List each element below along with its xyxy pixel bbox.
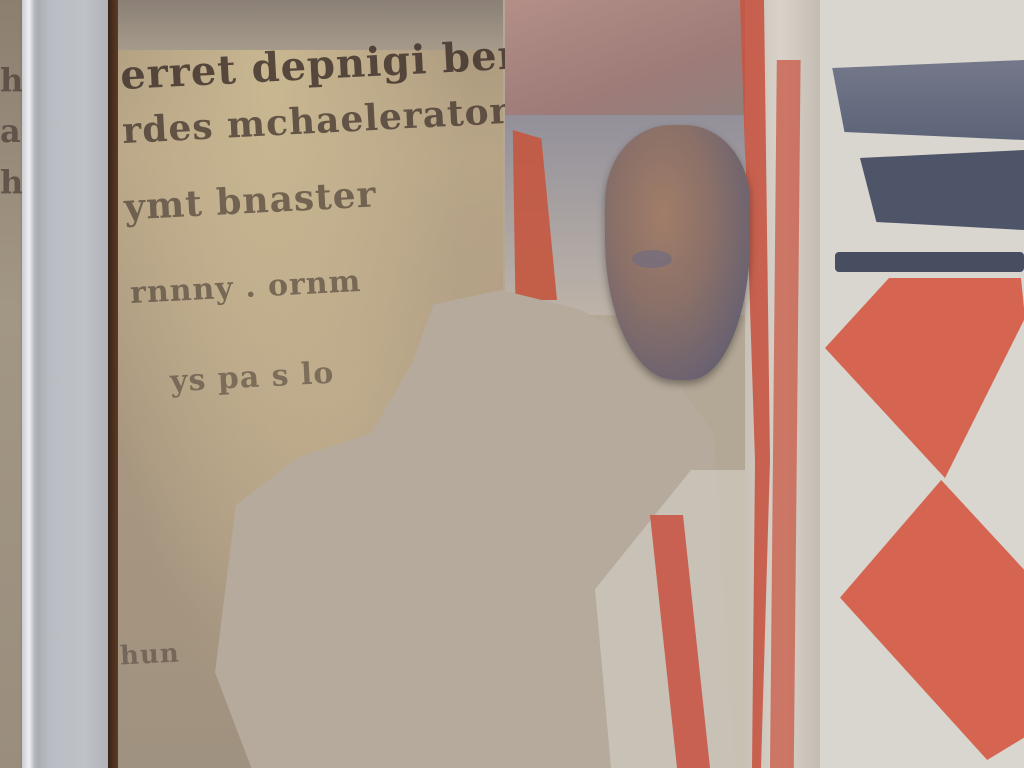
blue-painted-band-1 bbox=[820, 60, 1024, 140]
metal-frame-bar bbox=[22, 0, 112, 768]
carved-stone-head bbox=[605, 125, 750, 380]
stone-head-face-detail bbox=[632, 250, 672, 268]
stone-block bbox=[505, 0, 745, 130]
frame-wood-edge bbox=[108, 0, 118, 768]
inscription-line-6: hun bbox=[119, 638, 180, 671]
blue-painted-band-2 bbox=[860, 150, 1024, 230]
blue-painted-line bbox=[835, 252, 1024, 272]
